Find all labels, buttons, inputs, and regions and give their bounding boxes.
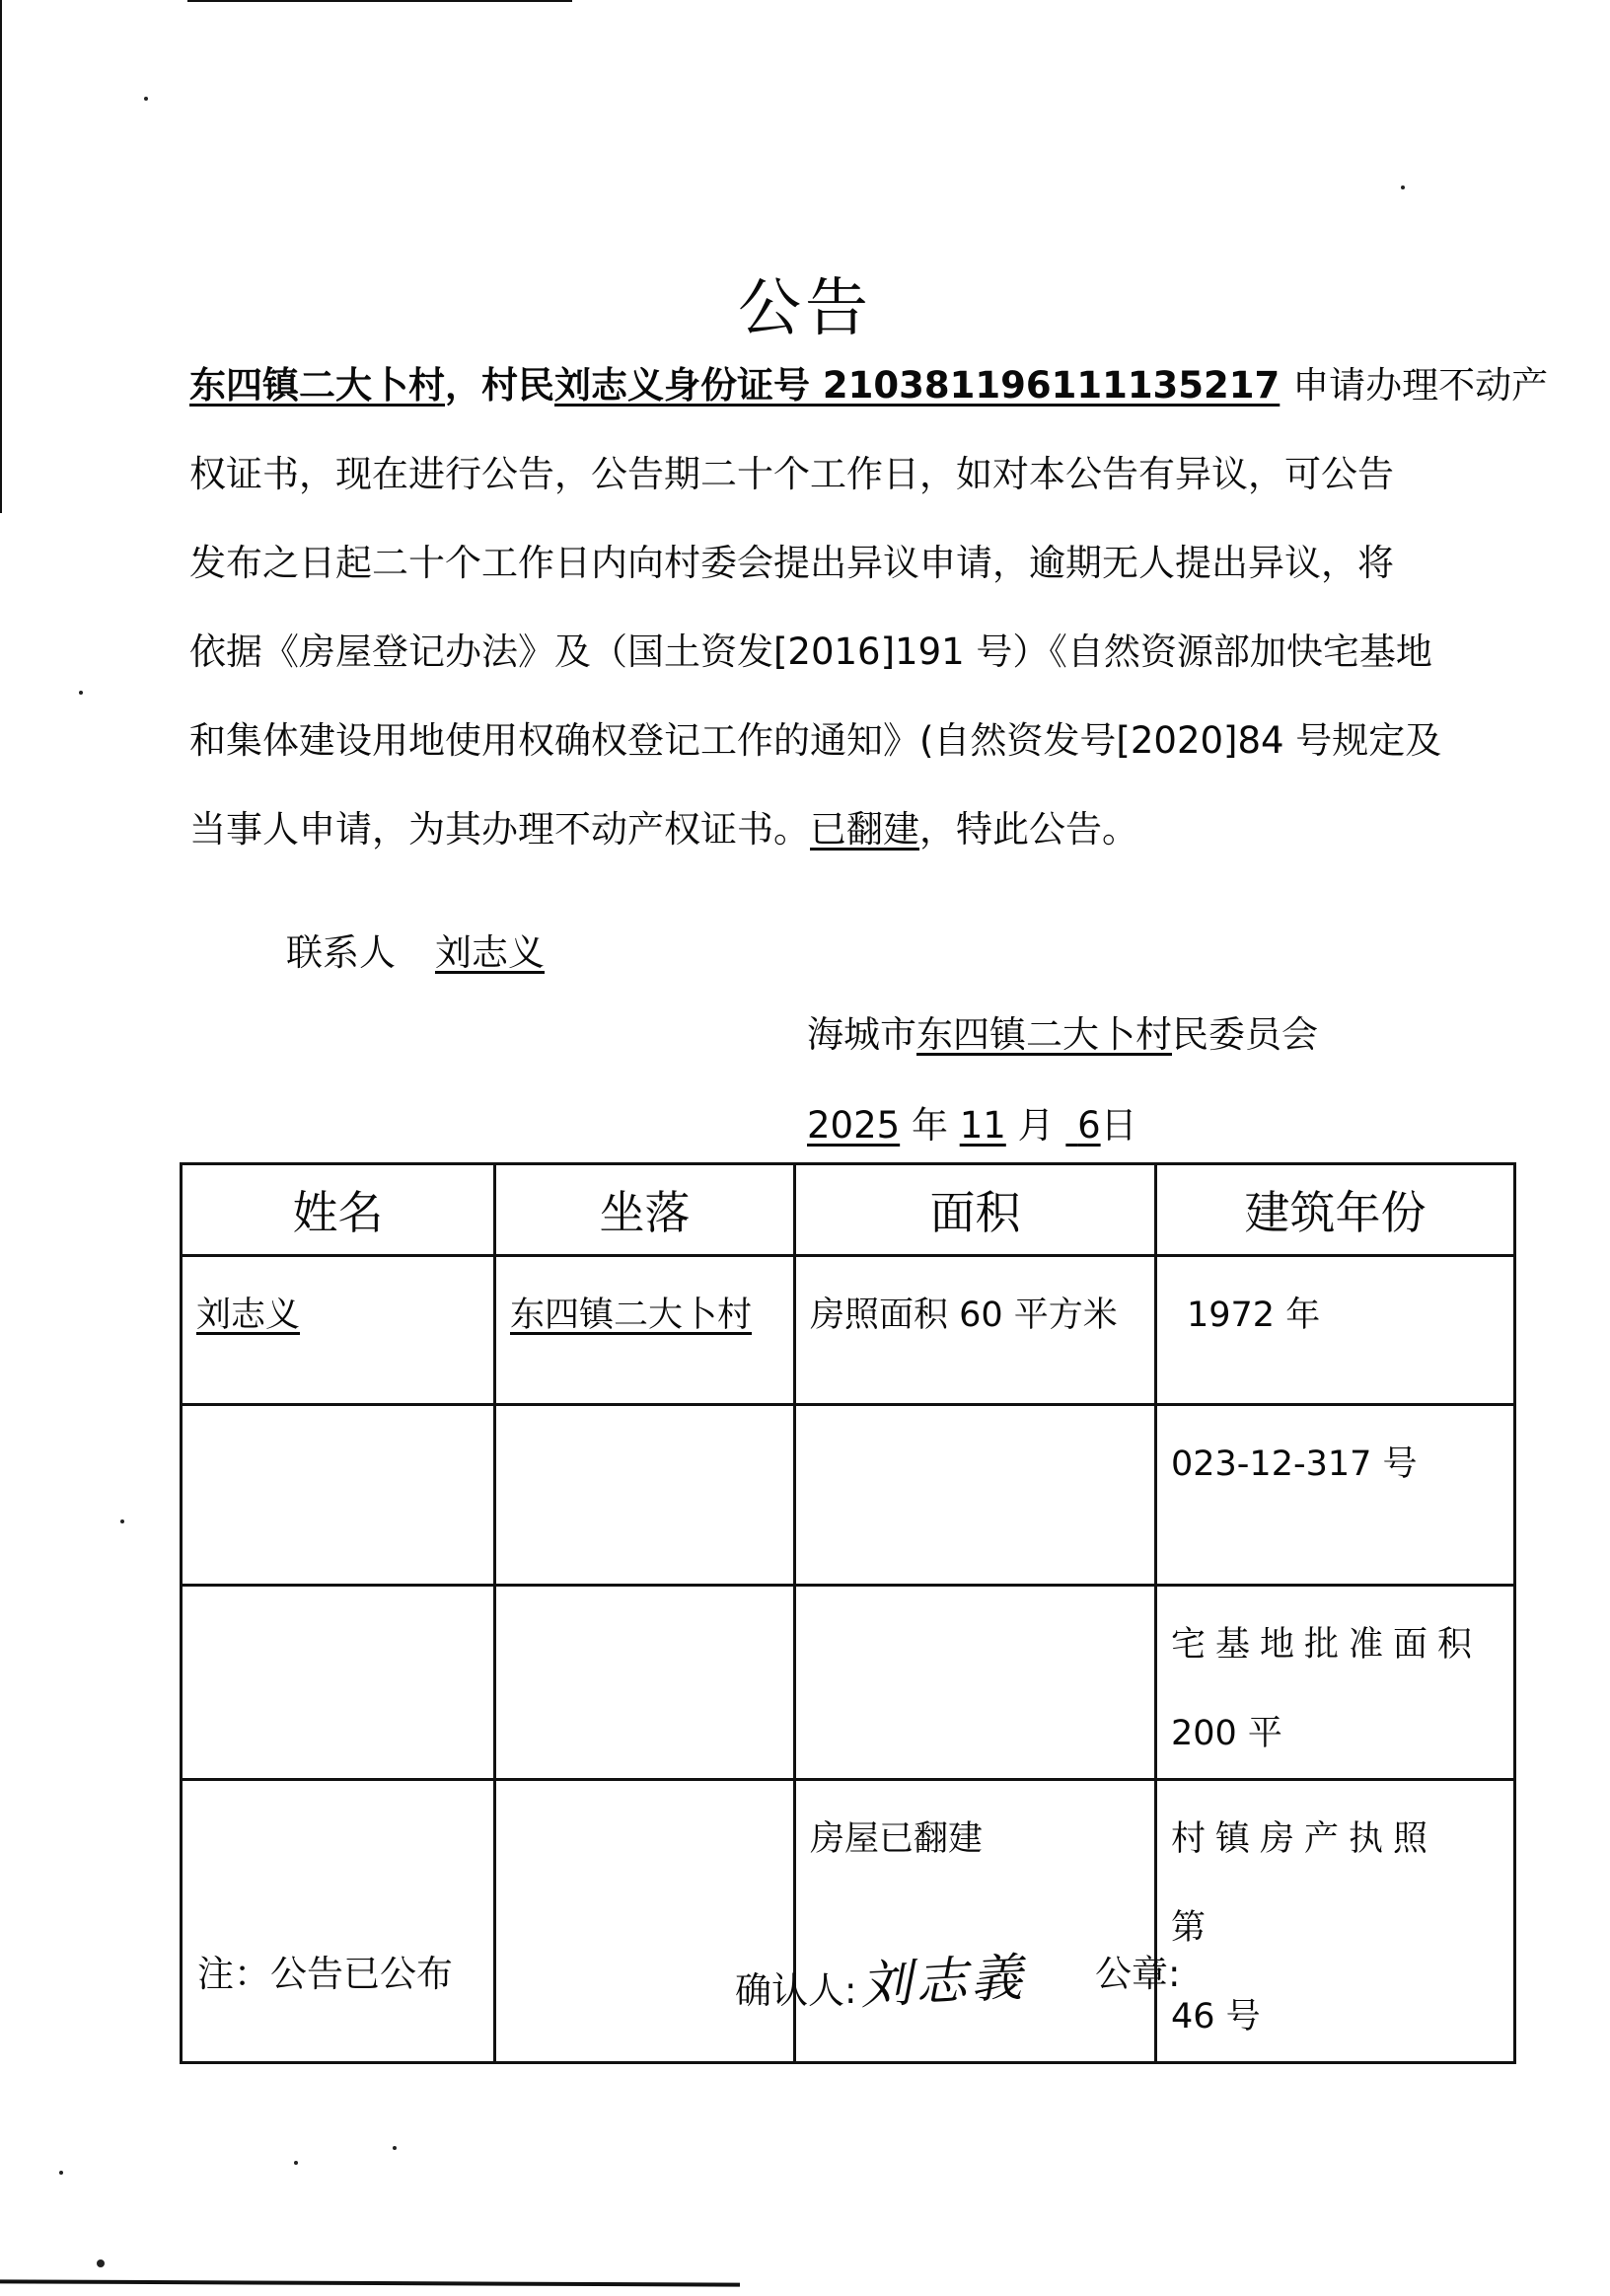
property-info-table: 姓名 坐落 面积 建筑年份 刘志义 东四镇二大卜村 房照面积 60 平方米 19… [180, 1162, 1516, 2064]
date-day-unit: 日 [1101, 1104, 1137, 1147]
handwritten-signature: 刘志義 [858, 1936, 1028, 2019]
scan-edge-top [187, 0, 572, 2]
contact-label: 联系人 [286, 931, 396, 974]
license-label: 村镇房产执照 第 [1171, 1795, 1500, 1972]
body-line-4: 依据《房屋登记办法》及（国土资发[2016]191 号）《自然资源部加快宅基地 [189, 624, 1432, 681]
table-cell [495, 1780, 795, 2063]
table-cell [495, 1586, 795, 1780]
property-area: 房照面积 60 平方米 [810, 1296, 1118, 1335]
homestead-area-value: 200 平 [1171, 1689, 1500, 1778]
scan-speck [144, 97, 148, 101]
scan-speck [294, 2161, 298, 2165]
applicant-id: 刘志义身份证号 210381196111135217 [554, 364, 1280, 407]
official-seal-label: 公章: [1095, 1944, 1180, 1997]
confirmer: 确认人:刘志義 [735, 1944, 1026, 2018]
table-cell: 房照面积 60 平方米 [795, 1256, 1156, 1405]
header-name: 姓名 [182, 1164, 495, 1256]
certificate-number: 023-12-317 号 [1171, 1444, 1418, 1484]
scan-speck [120, 1519, 124, 1523]
confirmer-label: 确认人: [735, 1969, 856, 2012]
issuer-suffix: 民委员会 [1172, 1013, 1318, 1056]
rebuilt-note: 房屋已翻建 [810, 1819, 983, 1859]
scan-edge-bottom [0, 2279, 740, 2286]
table-header-row: 姓名 坐落 面积 建筑年份 [182, 1164, 1515, 1256]
scan-speck [393, 2146, 397, 2150]
header-area: 面积 [795, 1164, 1156, 1256]
table-cell [795, 1405, 1156, 1586]
table-cell: 房屋已翻建 [795, 1780, 1156, 2063]
body-text: ，村民 [445, 364, 554, 407]
body-line-5: 和集体建设用地使用权确权登记工作的通知》(自然资发号[2020]84 号规定及 [189, 712, 1441, 770]
table-row: 房屋已翻建 村镇房产执照 第 46 号 [182, 1780, 1515, 2063]
table-row: 023-12-317 号 [182, 1405, 1515, 1586]
contact-person: 联系人刘志义 [286, 923, 545, 976]
issuing-committee: 海城市东四镇二大卜村民委员会 [807, 1004, 1318, 1058]
body-text: ，特此公告。 [919, 808, 1138, 851]
body-text: 申请办理不动产 [1292, 364, 1548, 407]
footer-note: 注：公告已公布 [197, 1944, 453, 1997]
body-line-3: 发布之日起二十个工作日内向村委会提出异议申请，逾期无人提出异议，将 [189, 535, 1394, 592]
table-cell: 村镇房产执照 第 46 号 [1156, 1780, 1515, 2063]
village-name: 东四镇二大卜村 [189, 364, 445, 407]
date-year: 2025 [807, 1104, 900, 1147]
body-text: 当事人申请，为其办理不动产权证书。 [189, 808, 810, 851]
table-cell: 023-12-317 号 [1156, 1405, 1515, 1586]
license-number: 46 号 [1171, 1972, 1500, 2061]
contact-name: 刘志义 [435, 931, 545, 974]
date-year-unit: 年 [912, 1104, 948, 1147]
body-line-2: 权证书，现在进行公告，公告期二十个工作日，如对本公告有异议，可公告 [189, 446, 1394, 503]
date-month-unit: 月 [1018, 1104, 1055, 1147]
scan-speck [1401, 185, 1405, 189]
table-cell: 刘志义 [182, 1256, 495, 1405]
homestead-area-label: 宅基地批准面积 [1171, 1600, 1500, 1689]
date-month: 11 [960, 1104, 1006, 1147]
table-cell [182, 1780, 495, 2063]
property-location: 东四镇二大卜村 [510, 1296, 752, 1335]
table-cell: 1972 年 [1156, 1256, 1515, 1405]
table-row: 宅基地批准面积 200 平 [182, 1586, 1515, 1780]
notice-title: 公告 [0, 258, 1610, 348]
date-day: 6 [1077, 1104, 1101, 1147]
header-build-year: 建筑年份 [1156, 1164, 1515, 1256]
body-line-1: 东四镇二大卜村，村民刘志义身份证号 210381196111135217 申请办… [189, 357, 1548, 414]
table-cell: 宅基地批准面积 200 平 [1156, 1586, 1515, 1780]
scan-speck [97, 2259, 105, 2267]
body-line-6: 当事人申请，为其办理不动产权证书。已翻建，特此公告。 [189, 801, 1138, 858]
scan-speck [79, 691, 83, 695]
build-year: 1972 年 [1187, 1296, 1320, 1335]
scan-speck [59, 2171, 63, 2175]
table-cell [182, 1405, 495, 1586]
table-row: 刘志义 东四镇二大卜村 房照面积 60 平方米 1972 年 [182, 1256, 1515, 1405]
header-location: 坐落 [495, 1164, 795, 1256]
issuer-village: 东四镇二大卜村 [916, 1013, 1172, 1056]
notice-date: 2025 年 11 月 6日 [807, 1095, 1137, 1148]
table-cell [495, 1405, 795, 1586]
owner-name: 刘志义 [196, 1296, 300, 1335]
rebuilt-status: 已翻建 [810, 808, 919, 851]
table-cell [182, 1586, 495, 1780]
issuer-city: 海城市 [807, 1013, 916, 1056]
table-cell [795, 1586, 1156, 1780]
table-cell: 东四镇二大卜村 [495, 1256, 795, 1405]
